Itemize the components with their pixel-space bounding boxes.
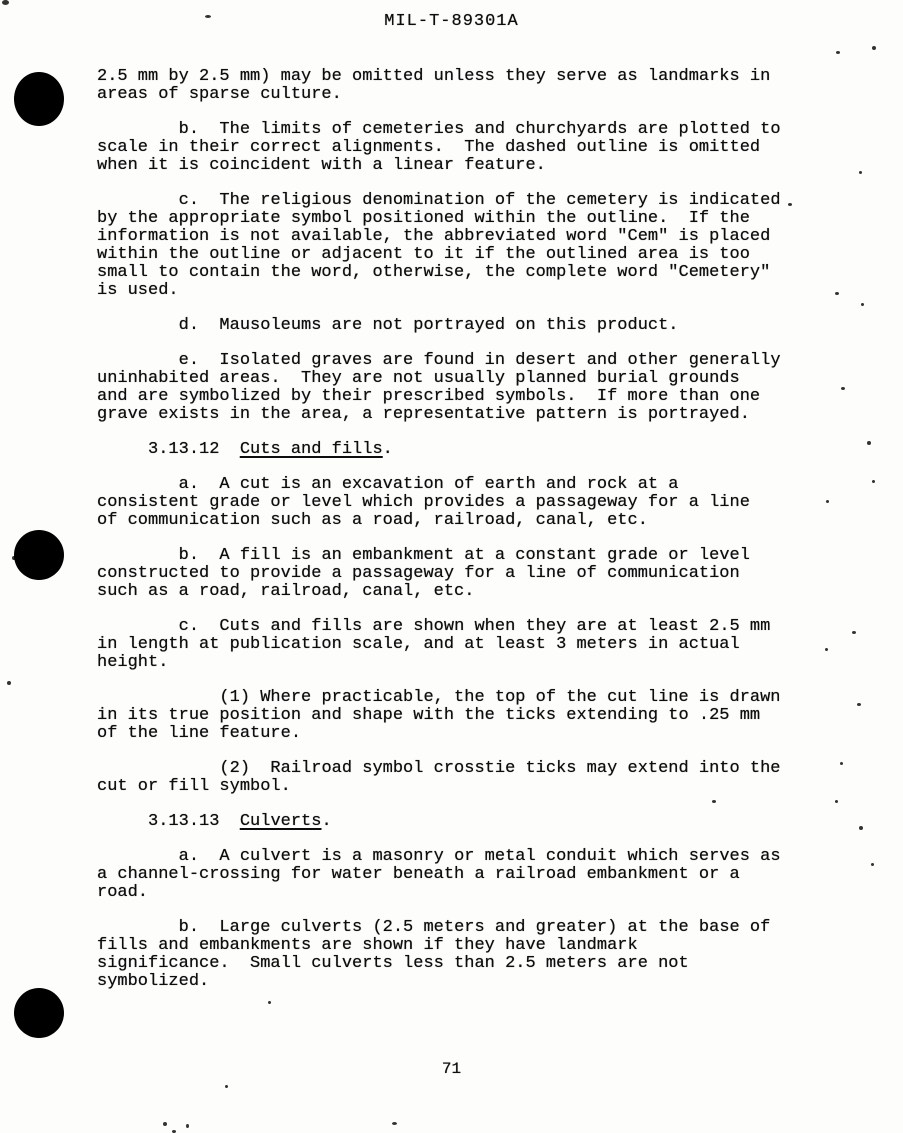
- scan-speck: [186, 1124, 189, 1128]
- paragraph: b. Large culverts (2.5 meters and greate…: [97, 919, 825, 991]
- section-number: 3.13.13: [97, 812, 240, 831]
- scan-speck: [857, 703, 861, 706]
- paragraph: a. A cut is an excavation of earth and r…: [97, 476, 825, 530]
- scan-speck: [163, 1122, 167, 1126]
- scan-speck: [2, 0, 9, 5]
- paragraph: (1) Where practicable, the top of the cu…: [97, 689, 825, 743]
- document-body: 2.5 mm by 2.5 mm) may be omitted unless …: [97, 68, 825, 991]
- section-heading: 3.13.13 Culverts.: [97, 813, 825, 831]
- paragraph: c. The religious denomination of the cem…: [97, 192, 825, 300]
- scan-speck: [826, 500, 829, 503]
- scan-speck: [852, 631, 856, 634]
- scan-speck: [859, 826, 863, 830]
- scan-speck: [872, 46, 876, 50]
- section-title: Cuts and fills: [240, 440, 383, 459]
- scan-speck: [835, 800, 838, 803]
- scan-speck: [12, 556, 16, 560]
- scan-speck: [835, 292, 839, 295]
- scanned-document-page: MIL-T-89301A 2.5 mm by 2.5 mm) may be om…: [0, 0, 903, 1133]
- paragraph: a. A culvert is a masonry or metal condu…: [97, 848, 825, 902]
- scan-speck: [7, 681, 11, 685]
- paragraph: e. Isolated graves are found in desert a…: [97, 352, 825, 424]
- paragraph: b. A fill is an embankment at a constant…: [97, 547, 825, 601]
- paragraph: d. Mausoleums are not portrayed on this …: [97, 317, 825, 335]
- section-heading: 3.13.12 Cuts and fills.: [97, 441, 825, 459]
- scan-speck: [867, 441, 871, 445]
- paragraph: 2.5 mm by 2.5 mm) may be omitted unless …: [97, 68, 825, 104]
- hole-punch-mark: [14, 72, 64, 126]
- scan-speck: [872, 480, 875, 483]
- scan-speck: [788, 203, 792, 206]
- document-id-header: MIL-T-89301A: [0, 12, 903, 31]
- page-number: 71: [0, 1060, 903, 1078]
- hole-punch-mark: [14, 530, 64, 580]
- scan-speck: [392, 1122, 397, 1125]
- scan-speck: [871, 863, 874, 866]
- scan-speck: [825, 648, 828, 651]
- paragraph: (2) Railroad symbol crosstie ticks may e…: [97, 760, 825, 796]
- paragraph: b. The limits of cemeteries and churchya…: [97, 121, 825, 175]
- hole-punch-mark: [14, 988, 64, 1038]
- scan-speck: [840, 762, 843, 765]
- scan-speck: [836, 51, 840, 54]
- scan-speck: [712, 800, 716, 803]
- scan-speck: [859, 171, 862, 174]
- paragraph: c. Cuts and fills are shown when they ar…: [97, 618, 825, 672]
- scan-speck: [268, 1001, 271, 1004]
- scan-speck: [841, 387, 845, 390]
- scan-speck: [861, 303, 864, 306]
- section-title-period: .: [383, 440, 393, 459]
- scan-speck: [205, 15, 211, 18]
- scan-speck: [225, 1085, 228, 1088]
- section-number: 3.13.12: [97, 440, 240, 459]
- section-title-period: .: [321, 812, 331, 831]
- section-title: Culverts: [240, 812, 322, 831]
